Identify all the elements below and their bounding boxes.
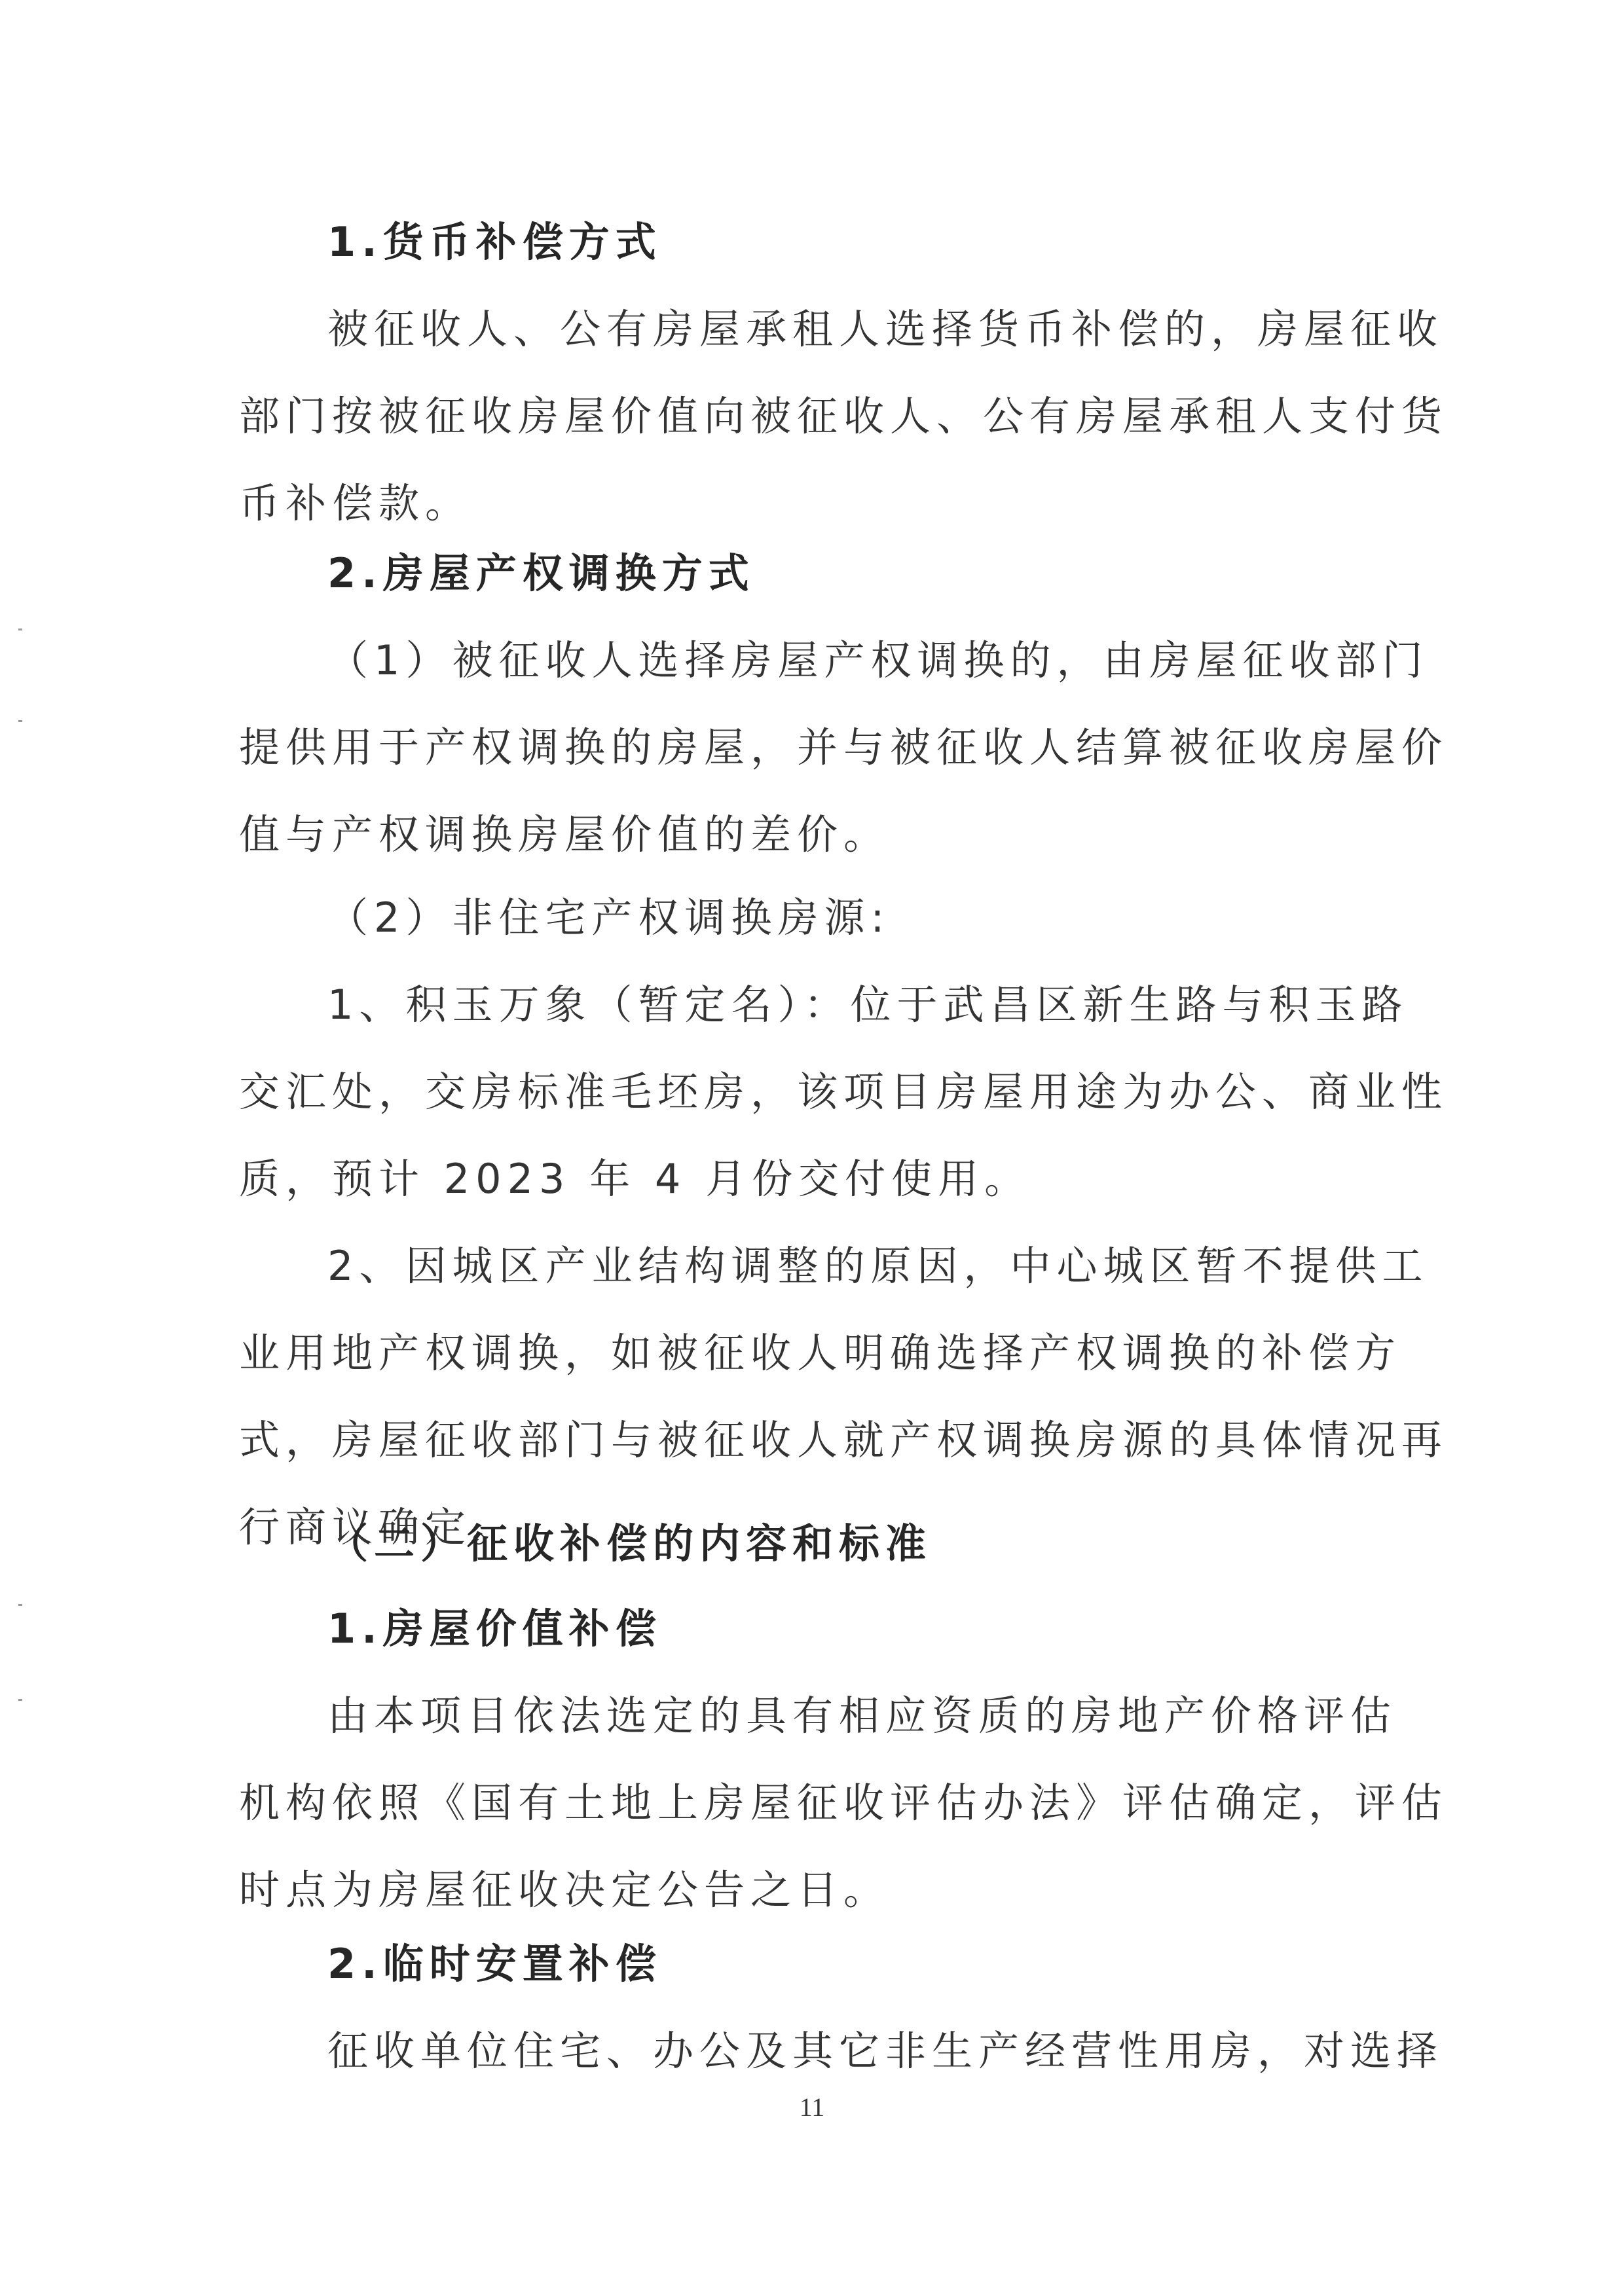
heading-section-two: （二）征收补偿的内容和标准 [327,1518,1467,1570]
paragraph-line: 由本项目依法选定的具有相应资质的房地产价格评估 [327,1690,1467,1742]
paragraph-line: 机构依照《国有土地上房屋征收评估办法》评估确定，评估 [239,1777,1378,1829]
paragraph-line: 征收单位住宅、办公及其它非生产经营性用房，对选择 [327,2025,1467,2077]
paragraph-line: 被征收人、公有房屋承租人选择货币补偿的，房屋征收 [327,303,1467,355]
paragraph-line: 提供用于产权调换的房屋，并与被征收人结算被征收房屋价 [239,721,1378,774]
paragraph-line: 1、积玉万象（暂定名）：位于武昌区新生路与积玉路 [327,979,1467,1031]
paragraph-line: 币补偿款。 [239,477,1378,530]
page-number: 11 [0,2092,1624,2123]
paragraph-line: 时点为房屋征收决定公告之日。 [239,1864,1378,1916]
scan-mark [18,1604,22,1606]
paragraph-line: 2、因城区产业结构调整的原因，中心城区暂不提供工 [327,1240,1467,1292]
paragraph-line: （1）被征收人选择房屋产权调换的，由房屋征收部门 [327,634,1467,687]
paragraph-line: 部门按被征收房屋价值向被征收人、公有房屋承租人支付货 [239,390,1378,443]
paragraph-line: 业用地产权调换，如被征收人明确选择产权调换的补偿方 [239,1327,1378,1379]
paragraph-line: 质，预计 2023 年 4 月份交付使用。 [239,1153,1378,1205]
heading-house-value-compensation: 1.房屋价值补偿 [327,1603,1467,1655]
heading-property-exchange: 2.房屋产权调换方式 [327,547,1467,600]
paragraph-line: 交汇处，交房标准毛坯房，该项目房屋用途为办公、商业性 [239,1066,1378,1118]
document-page: 1.货币补偿方式 被征收人、公有房屋承租人选择货币补偿的，房屋征收 部门按被征收… [0,0,1624,2296]
heading-monetary-compensation: 1.货币补偿方式 [327,216,1467,268]
scan-mark [18,1699,22,1701]
scan-mark [18,720,22,722]
paragraph-line: 值与产权调换房屋价值的差价。 [239,809,1378,861]
scan-mark [18,629,22,630]
paragraph-line: 式，房屋征收部门与被征收人就产权调换房源的具体情况再 [239,1414,1378,1467]
paragraph-line: （2）非住宅产权调换房源: [327,892,1467,944]
heading-temporary-resettlement: 2.临时安置补偿 [327,1938,1467,1990]
